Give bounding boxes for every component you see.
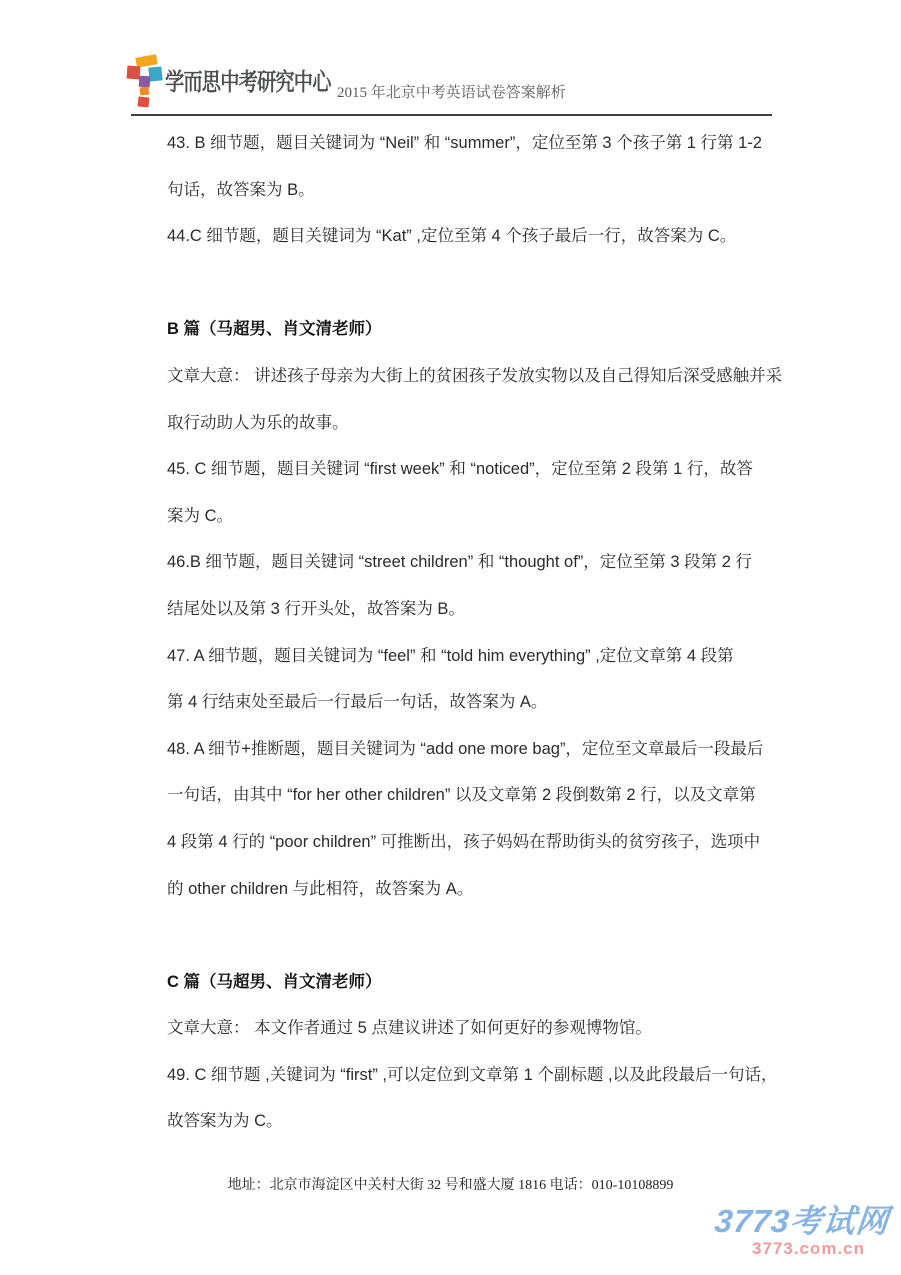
brand-title: 学而思中考研究中心 [165, 62, 331, 97]
line-48-part2: 一句话，由其中 “for her other children” 以及文章第 2… [167, 772, 807, 819]
brand-logo-icon [126, 54, 166, 110]
logo-square-teal-right [148, 66, 162, 81]
document-subtitle: 2015 年北京中考英语试卷答案解析 [337, 81, 566, 102]
logo-square-purple-mid [139, 76, 151, 88]
line-45-part1: 45. C 细节题，题目关键词 “first week” 和 “noticed”… [167, 446, 807, 493]
footer-address: 地址：北京市海淀区中关村大街 32 号和盛大厦 1816 电话：010-1010… [0, 1176, 901, 1196]
section-b-heading: B 篇（马超男、肖文清老师） [167, 306, 807, 353]
section-b-summary-2: 取行动助人为乐的故事。 [167, 400, 807, 447]
watermark-site-name: 3773考试网 [687, 1204, 891, 1238]
watermark: 3773考试网 3773.com.cn [689, 1204, 889, 1258]
line-45-part2: 案为 C。 [167, 493, 807, 540]
line-44: 44.C 细节题，题目关键词为 “Kat” ,定位至第 4 个孩子最后一行，故答… [167, 213, 807, 260]
section-b-summary-1: 文章大意： 讲述孩子母亲为大街上的贫困孩子发放实物以及自己得知后深受感触并采 [167, 353, 807, 400]
document-page: 学而思中考研究中心 2015 年北京中考英语试卷答案解析 43. B 细节题，题… [0, 0, 901, 1275]
logo-square-red-dot [138, 96, 150, 107]
line-49-part1: 49. C 细节题 ,关键词为 “first” ,可以定位到文章第 1 个副标题… [167, 1052, 807, 1099]
watermark-site-url: 3773.com.cn [689, 1240, 889, 1258]
logo-square-orange-small [140, 87, 150, 96]
line-46-part2: 结尾处以及第 3 行开头处，故答案为 B。 [167, 586, 807, 633]
line-43-part2: 句话，故答案为 B。 [167, 167, 807, 214]
line-47-part1: 47. A 细节题，题目关键词为 “feel” 和 “told him ever… [167, 633, 807, 680]
line-46-part1: 46.B 细节题，题目关键词 “street children” 和 “thou… [167, 539, 807, 586]
line-49-part2: 故答案为为 C。 [167, 1098, 807, 1145]
line-43-part1: 43. B 细节题，题目关键词为 “Neil” 和 “summer”，定位至第 … [167, 120, 807, 167]
line-48-part1: 48. A 细节+推断题，题目关键词为 “add one more bag”，定… [167, 726, 807, 773]
document-body: 43. B 细节题，题目关键词为 “Neil” 和 “summer”，定位至第 … [167, 120, 807, 1145]
header-divider [131, 114, 772, 116]
line-48-part4: 的 other children 与此相符，故答案为 A。 [167, 866, 807, 913]
line-47-part2: 第 4 行结束处至最后一行最后一句话，故答案为 A。 [167, 679, 807, 726]
section-c-summary: 文章大意： 本文作者通过 5 点建议讲述了如何更好的参观博物馆。 [167, 1005, 807, 1052]
line-48-part3: 4 段第 4 行的 “poor children” 可推断出，孩子妈妈在帮助街头… [167, 819, 807, 866]
section-c-heading: C 篇（马超男、肖文清老师） [167, 959, 807, 1006]
